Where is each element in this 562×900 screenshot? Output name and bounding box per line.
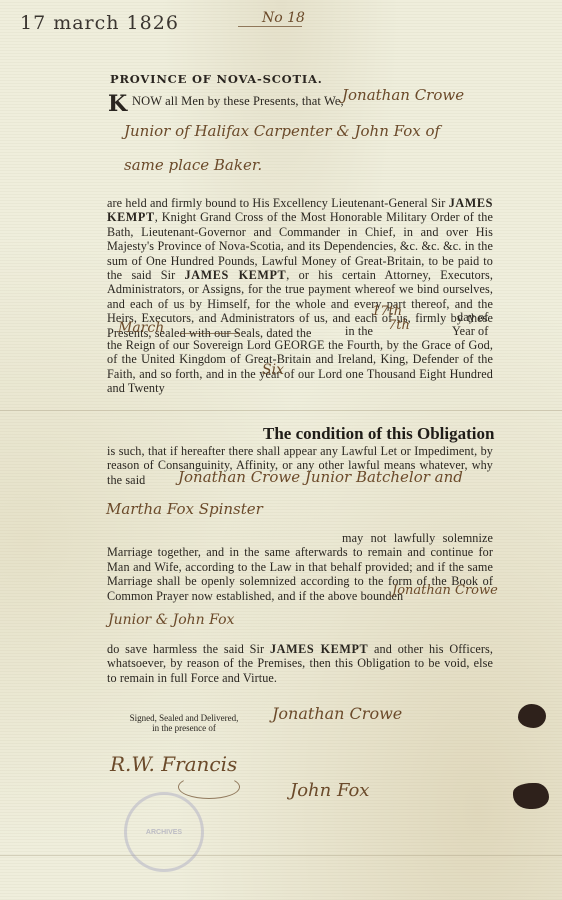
day-of-label: day of	[457, 310, 488, 324]
party-name-line-1: Jonathan Crowe	[342, 86, 464, 104]
condition-heading: The condition of this Obligation	[263, 424, 494, 444]
witness-flourish	[178, 775, 240, 799]
month-written: March	[118, 320, 164, 336]
in-the-label: in the	[345, 324, 373, 338]
regnal-year-written: 7th	[388, 318, 410, 333]
intro-text: NOW all Men by these Presents, that We,	[132, 94, 344, 108]
governor-name: JAMES KEMPT	[185, 268, 287, 282]
condition-paragraph-3: do save harmless the said Sir JAMES KEMP…	[107, 642, 493, 685]
bride-written: Martha Fox Spinster	[106, 500, 263, 518]
wax-seal-2	[513, 783, 549, 809]
save-harmless-text: do save harmless the said Sir	[107, 642, 270, 656]
bounden-written-1: Jonathan Crowe	[392, 583, 498, 598]
paper-fold-line	[0, 410, 562, 411]
witness-label-line-1: Signed, Sealed and Delivered,	[124, 713, 244, 723]
paper-fold-line	[0, 855, 562, 856]
witness-label: Signed, Sealed and Delivered, in the pre…	[124, 713, 244, 733]
dropcap-letter: K	[108, 94, 127, 114]
governor-name: JAMES KEMPT	[270, 642, 368, 656]
year-of-label: Year of	[452, 324, 488, 338]
party-name-line-2: Junior of Halifax Carpenter & John Fox o…	[124, 122, 440, 140]
month-underline	[180, 333, 240, 334]
witness-label-line-2: in the presence of	[124, 723, 244, 733]
bounden-written-2: Junior & John Fox	[108, 612, 234, 628]
party-name-line-3: same place Baker.	[124, 156, 262, 174]
number-underline	[238, 26, 302, 27]
number-annotation: No 18	[262, 10, 305, 26]
wax-seal-1	[518, 704, 546, 728]
year-written: Six	[262, 362, 284, 378]
witness-signature: R.W. Francis	[110, 752, 237, 776]
signer-2-signature: John Fox	[290, 780, 369, 801]
document-title: PROVINCE OF NOVA-SCOTIA.	[110, 72, 323, 86]
signer-1-signature: Jonathan Crowe	[272, 704, 402, 723]
date-annotation: 17 march 1826	[20, 12, 179, 34]
groom-written: Jonathan Crowe Junior Batchelor and	[178, 468, 463, 486]
day-written: 17th	[372, 304, 402, 319]
archive-stamp: ARCHIVES	[124, 792, 204, 872]
reign-paragraph: the Reign of our Sovereign Lord GEORGE t…	[107, 338, 493, 396]
bond-paragraph: are held and firmly bound to His Excelle…	[107, 196, 493, 340]
bond-text-1: are held and firmly bound to His Excelle…	[107, 196, 445, 210]
